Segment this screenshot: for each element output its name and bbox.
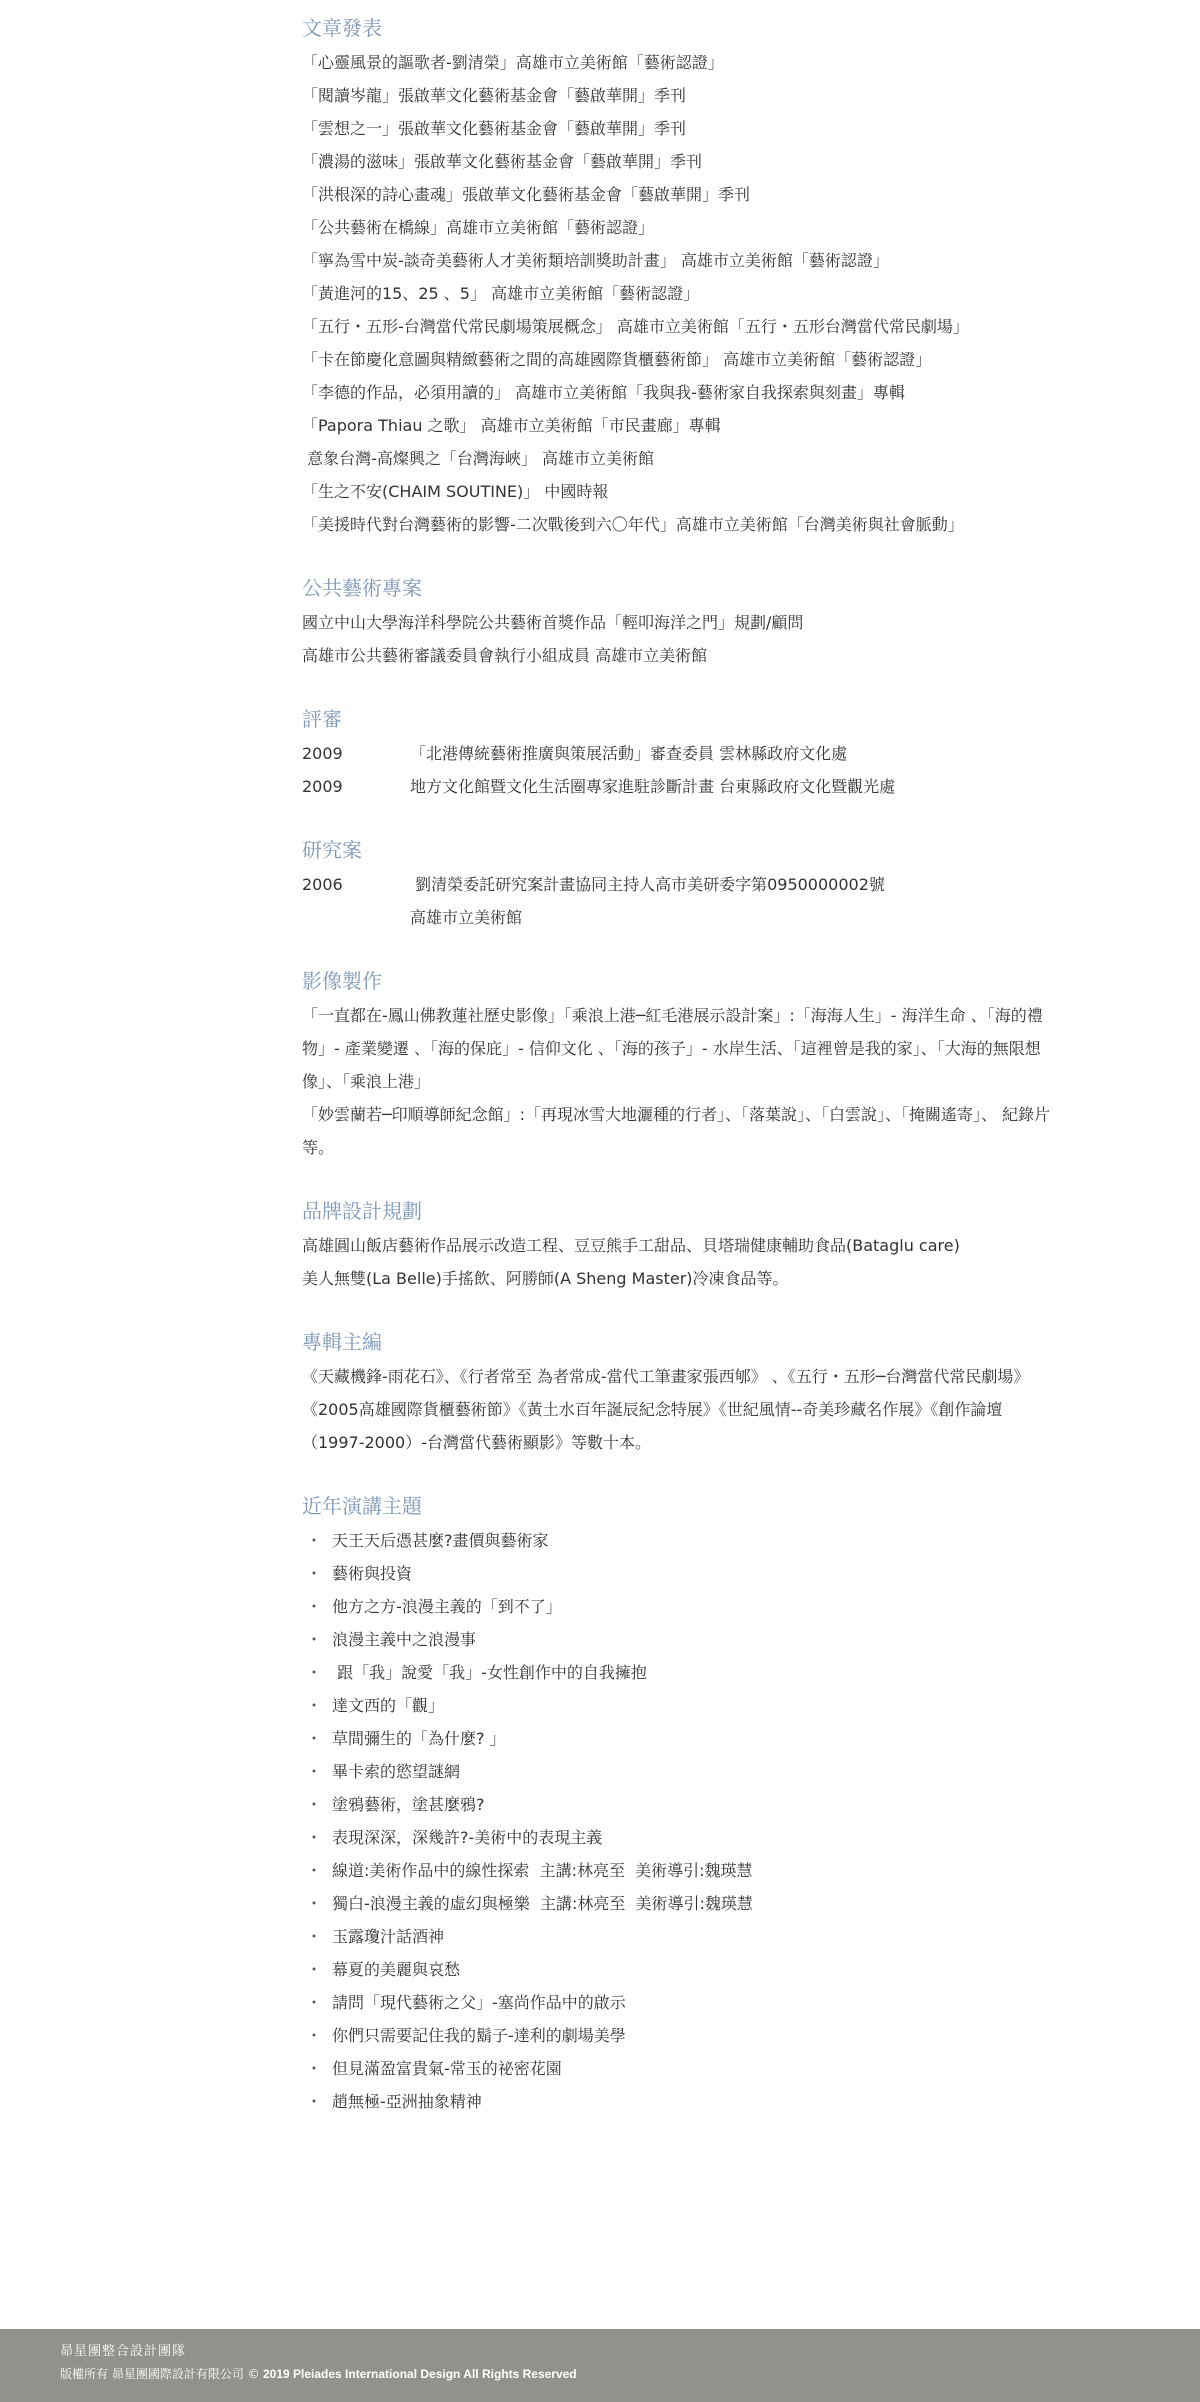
- lecture-title: 達文西的「觀」: [332, 1689, 444, 1722]
- copyright-zh: 版權所有 昴星團國際設計有限公司: [60, 2367, 248, 2381]
- section-title-articles: 文章發表: [302, 14, 1062, 42]
- brand-item: 高雄圓山飯店藝術作品展示改造工程、豆豆熊手工甜品、貝塔瑞健康輔助食品(Batag…: [302, 1229, 1062, 1262]
- bullet-icon: ・: [302, 1557, 332, 1590]
- lecture-title: 但見滿盈富貴氣-常玉的祕密花園: [332, 2052, 562, 2085]
- jury-item: 2009 「北港傳統藝術推廣與策展活動」審查委員 雲林縣政府文化處: [302, 737, 1062, 770]
- bullet-icon: ・: [302, 1986, 332, 2019]
- bullet-icon: ・: [302, 1722, 332, 1755]
- lecture-item: ・幕夏的美麗與哀愁: [302, 1953, 1062, 1986]
- article-item: 「公共藝術在橋線」高雄市立美術館「藝術認證」: [302, 211, 1062, 244]
- research-desc-continued: 高雄市立美術館: [302, 901, 1062, 934]
- article-item: 「美援時代對台灣藝術的影響-二次戰後到六〇年代」高雄市立美術館「台灣美術與社會脈…: [302, 508, 1062, 541]
- section-title-editor: 專輯主編: [302, 1328, 1062, 1356]
- article-item: 「洪根深的詩心畫魂」張啟華文化藝術基金會「藝啟華開」季刊: [302, 178, 1062, 211]
- lecture-title: 塗鴉藝術，塗甚麼鴉?: [332, 1788, 485, 1821]
- article-item: 「李德的作品，必須用讀的」 高雄市立美術館「我與我-藝術家自我探索與刻畫」專輯: [302, 376, 1062, 409]
- lecture-item: ・ 跟「我」說愛「我」-女性創作中的自我擁抱: [302, 1656, 1062, 1689]
- article-item: 「寧為雪中炭-談奇美藝術人才美術類培訓獎助計畫」 高雄市立美術館「藝術認證」: [302, 244, 1062, 277]
- bullet-icon: ・: [302, 2019, 332, 2052]
- jury-item: 2009 地方文化館暨文化生活圈專家進駐診斷計畫 台東縣政府文化暨觀光處: [302, 770, 1062, 803]
- section-title-lectures: 近年演講主題: [302, 1492, 1062, 1520]
- bullet-icon: ・: [302, 1953, 332, 1986]
- section-title-research: 研究案: [302, 836, 1062, 864]
- jury-year: 2009: [302, 770, 410, 803]
- section-title-brand: 品牌設計規劃: [302, 1197, 1062, 1225]
- section-title-video: 影像製作: [302, 967, 1062, 995]
- brand-item: 美人無雙(La Belle)手搖飲、阿勝師(A Sheng Master)冷凍食…: [302, 1262, 1062, 1295]
- lecture-item: ・趙無極-亞洲抽象精神: [302, 2085, 1062, 2118]
- lecture-item: ・線道:美術作品中的線性探索 主講:林亮至 美術導引:魏瑛慧: [302, 1854, 1062, 1887]
- video-paragraph: 「一直都在-鳳山佛教蓮社歷史影像」「乘浪上港─紅毛港展示設計案」:「海海人生」-…: [302, 999, 1062, 1098]
- bullet-icon: ・: [302, 1788, 332, 1821]
- lecture-title: 玉露瓊汁話酒神: [332, 1920, 444, 1953]
- bullet-icon: ・: [302, 1524, 332, 1557]
- lecture-item: ・但見滿盈富貴氣-常玉的祕密花園: [302, 2052, 1062, 2085]
- site-footer: 昴星團整合設計團隊 版權所有 昴星團國際設計有限公司 © 2019 Pleiad…: [0, 2329, 1200, 2402]
- copyright-en: 2019 Pleiades International Design All R…: [260, 2367, 577, 2381]
- lectures-list: ・天王天后憑甚麼?畫價與藝術家 ・藝術與投資 ・他方之方-浪漫主義的「到不了」 …: [302, 1524, 1062, 2118]
- bullet-icon: ・: [302, 1689, 332, 1722]
- public-art-item: 國立中山大學海洋科學院公共藝術首獎作品「輕叩海洋之門」規劃/顧問: [302, 606, 1062, 639]
- article-item: 「濃湯的滋味」張啟華文化藝術基金會「藝啟華開」季刊: [302, 145, 1062, 178]
- article-item: 「心靈風景的謳歌者-劉清榮」高雄市立美術館「藝術認證」: [302, 46, 1062, 79]
- lecture-item: ・藝術與投資: [302, 1557, 1062, 1590]
- bullet-icon: ・: [302, 1755, 332, 1788]
- bullet-icon: ・: [302, 1821, 332, 1854]
- section-public-art: 公共藝術專案 國立中山大學海洋科學院公共藝術首獎作品「輕叩海洋之門」規劃/顧問 …: [302, 574, 1062, 672]
- lecture-title: 畢卡索的慾望謎網: [332, 1755, 460, 1788]
- public-art-item: 高雄市公共藝術審議委員會執行小組成員 高雄市立美術館: [302, 639, 1062, 672]
- lecture-title: 趙無極-亞洲抽象精神: [332, 2085, 482, 2118]
- copyright-icon: ©: [248, 2367, 260, 2381]
- article-item: 「五行・五形-台灣當代常民劇場策展概念」 高雄市立美術館「五行・五形台灣當代常民…: [302, 310, 1062, 343]
- bullet-icon: ・: [302, 1590, 332, 1623]
- article-item: 「生之不安(CHAIM SOUTINE)」 中國時報: [302, 475, 1062, 508]
- bullet-icon: ・: [302, 1887, 332, 1920]
- lecture-title: 獨白-浪漫主義的虛幻與極樂 主講:林亮至 美術導引:魏瑛慧: [332, 1887, 753, 1920]
- research-item: 2006 劉清榮委託研究案計畫協同主持人高市美研委字第0950000002號: [302, 868, 1062, 901]
- bullet-icon: ・: [302, 1623, 332, 1656]
- footer-copyright: 版權所有 昴星團國際設計有限公司 © 2019 Pleiades Interna…: [60, 2365, 577, 2383]
- jury-desc: 地方文化館暨文化生活圈專家進駐診斷計畫 台東縣政府文化暨觀光處: [410, 770, 1062, 803]
- footer-team-name: 昴星團整合設計團隊: [60, 2343, 186, 2361]
- section-jury: 評審 2009 「北港傳統藝術推廣與策展活動」審查委員 雲林縣政府文化處 200…: [302, 705, 1062, 803]
- bullet-icon: ・: [302, 2052, 332, 2085]
- bullet-icon: ・: [302, 1854, 332, 1887]
- bullet-icon: ・: [302, 1920, 332, 1953]
- jury-year: 2009: [302, 737, 410, 770]
- lecture-item: ・你們只需要記住我的鬍子-達利的劇場美學: [302, 2019, 1062, 2052]
- article-item: 「閱讀岑龍」張啟華文化藝術基金會「藝啟華開」季刊: [302, 79, 1062, 112]
- lecture-item: ・請問「現代藝術之父」-塞尚作品中的啟示: [302, 1986, 1062, 2019]
- section-research: 研究案 2006 劉清榮委託研究案計畫協同主持人高市美研委字第095000000…: [302, 836, 1062, 934]
- main-content: 文章發表 「心靈風景的謳歌者-劉清榮」高雄市立美術館「藝術認證」 「閱讀岑龍」張…: [302, 14, 1062, 2151]
- section-lectures: 近年演講主題 ・天王天后憑甚麼?畫價與藝術家 ・藝術與投資 ・他方之方-浪漫主義…: [302, 1492, 1062, 2118]
- section-title-jury: 評審: [302, 705, 1062, 733]
- lecture-title: 藝術與投資: [332, 1557, 412, 1590]
- section-articles: 文章發表 「心靈風景的謳歌者-劉清榮」高雄市立美術館「藝術認證」 「閱讀岑龍」張…: [302, 14, 1062, 541]
- jury-desc: 「北港傳統藝術推廣與策展活動」審查委員 雲林縣政府文化處: [410, 737, 1062, 770]
- lecture-item: ・草間彌生的「為什麼? 」: [302, 1722, 1062, 1755]
- lecture-title: 線道:美術作品中的線性探索 主講:林亮至 美術導引:魏瑛慧: [332, 1854, 753, 1887]
- section-brand: 品牌設計規劃 高雄圓山飯店藝術作品展示改造工程、豆豆熊手工甜品、貝塔瑞健康輔助食…: [302, 1197, 1062, 1295]
- bullet-icon: ・: [302, 2085, 332, 2118]
- lecture-item: ・天王天后憑甚麼?畫價與藝術家: [302, 1524, 1062, 1557]
- lecture-item: ・達文西的「觀」: [302, 1689, 1062, 1722]
- lecture-title: 天王天后憑甚麼?畫價與藝術家: [332, 1524, 549, 1557]
- article-item: 「Papora Thiau 之歌」 高雄市立美術館「市民畫廊」專輯: [302, 409, 1062, 442]
- lecture-item: ・玉露瓊汁話酒神: [302, 1920, 1062, 1953]
- editor-paragraph: 《天藏機鋒-雨花石》、《行者常至 為者常成-當代工筆畫家張西郇》 、《五行・五形…: [302, 1360, 1062, 1459]
- articles-list: 「心靈風景的謳歌者-劉清榮」高雄市立美術館「藝術認證」 「閱讀岑龍」張啟華文化藝…: [302, 46, 1062, 541]
- section-title-public-art: 公共藝術專案: [302, 574, 1062, 602]
- article-item: 意象台灣-高燦興之「台灣海峽」 高雄市立美術館: [302, 442, 1062, 475]
- bullet-icon: ・: [302, 1656, 332, 1689]
- lecture-title: 跟「我」說愛「我」-女性創作中的自我擁抱: [332, 1656, 647, 1689]
- lecture-item: ・表現深深，深幾許?-美術中的表現主義: [302, 1821, 1062, 1854]
- lecture-item: ・浪漫主義中之浪漫事: [302, 1623, 1062, 1656]
- section-video: 影像製作 「一直都在-鳳山佛教蓮社歷史影像」「乘浪上港─紅毛港展示設計案」:「海…: [302, 967, 1062, 1164]
- lecture-item: ・塗鴉藝術，塗甚麼鴉?: [302, 1788, 1062, 1821]
- lecture-title: 你們只需要記住我的鬍子-達利的劇場美學: [332, 2019, 626, 2052]
- research-desc: 劉清榮委託研究案計畫協同主持人高市美研委字第0950000002號: [410, 868, 1062, 901]
- article-item: 「雲想之一」張啟華文化藝術基金會「藝啟華開」季刊: [302, 112, 1062, 145]
- research-year: 2006: [302, 868, 410, 901]
- article-item: 「卡在節慶化意圖與精緻藝術之間的高雄國際貨櫃藝術節」 高雄市立美術館「藝術認證」: [302, 343, 1062, 376]
- lecture-title: 表現深深，深幾許?-美術中的表現主義: [332, 1821, 602, 1854]
- lecture-title: 他方之方-浪漫主義的「到不了」: [332, 1590, 562, 1623]
- lecture-item: ・他方之方-浪漫主義的「到不了」: [302, 1590, 1062, 1623]
- lecture-title: 浪漫主義中之浪漫事: [332, 1623, 476, 1656]
- lecture-item: ・獨白-浪漫主義的虛幻與極樂 主講:林亮至 美術導引:魏瑛慧: [302, 1887, 1062, 1920]
- lecture-title: 幕夏的美麗與哀愁: [332, 1953, 460, 1986]
- lecture-title: 草間彌生的「為什麼? 」: [332, 1722, 506, 1755]
- lecture-item: ・畢卡索的慾望謎網: [302, 1755, 1062, 1788]
- video-paragraph: 「妙雲蘭若─印順導師紀念館」:「再現冰雪大地灑種的行者」、「落葉說」、「白雲說」…: [302, 1098, 1062, 1164]
- section-editor: 專輯主編 《天藏機鋒-雨花石》、《行者常至 為者常成-當代工筆畫家張西郇》 、《…: [302, 1328, 1062, 1459]
- lecture-title: 請問「現代藝術之父」-塞尚作品中的啟示: [332, 1986, 626, 2019]
- article-item: 「黃進河的15、25 、5」 高雄市立美術館「藝術認證」: [302, 277, 1062, 310]
